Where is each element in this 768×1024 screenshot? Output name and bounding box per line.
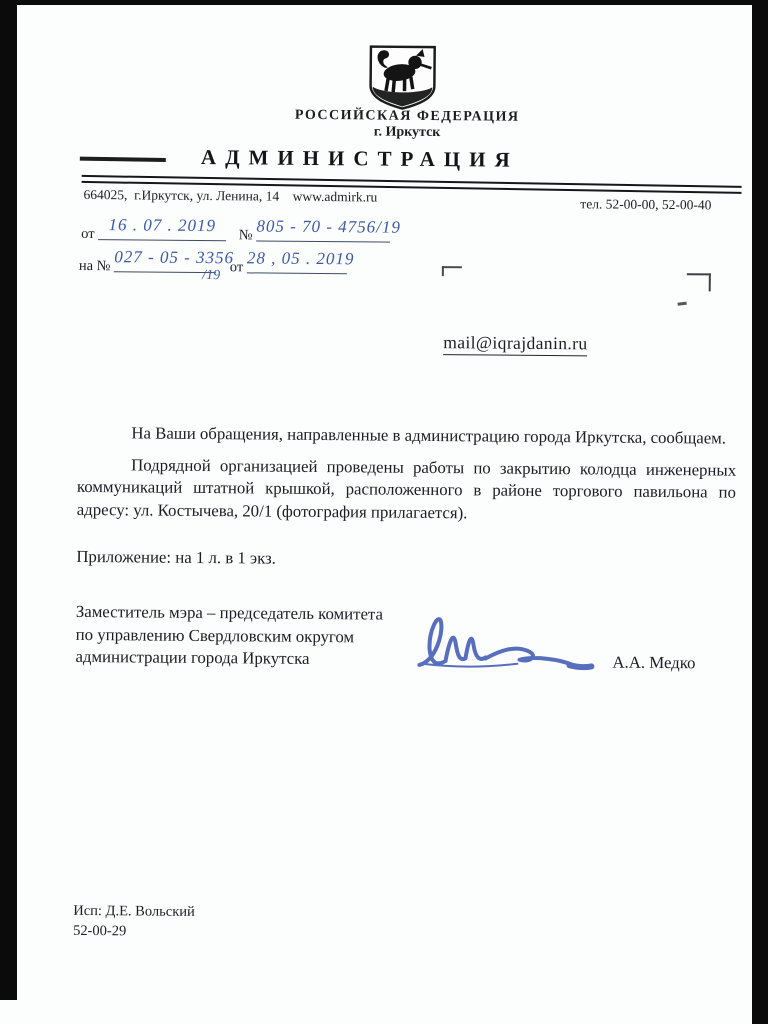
signer-name: А.А. Медко <box>612 653 695 674</box>
attachment-note: Приложение: на 1 л. в 1 экз. <box>76 547 276 569</box>
from-label: от <box>81 226 95 242</box>
executor-block: Исп: Д.Е. Вольский 52-00-29 <box>73 902 195 942</box>
scan-border-right <box>752 0 768 1024</box>
number-label: № <box>239 227 253 243</box>
crop-mark-right <box>687 273 711 291</box>
reply-from-label: от <box>230 259 244 275</box>
handwritten-reply-number: 027 - 05 - 3356 <box>114 247 234 267</box>
handwritten-outgoing-number: 805 - 70 - 4756/19 <box>256 216 401 236</box>
body-paragraph-1: На Ваши обращения, направленные в админи… <box>77 422 736 450</box>
reference-line-reply: на № 027 - 05 - 3356 /19 от 28 , 05 . 20… <box>79 248 347 274</box>
body-paragraph-2: Подрядной организацией проведены работы … <box>77 453 737 527</box>
reply-date-field: 28 , 05 . 2019 <box>247 249 347 274</box>
crop-mark-left <box>442 266 462 276</box>
crop-mark-dash <box>677 302 686 306</box>
outgoing-date-field: 16 . 07 . 2019 <box>98 216 226 241</box>
outgoing-number-field: 805 - 70 - 4756/19 <box>256 217 390 242</box>
handwritten-reply-date: 28 , 05 . 2019 <box>247 248 355 268</box>
scan-border-top <box>0 0 768 5</box>
executor-phone: 52-00-29 <box>73 921 195 942</box>
handwritten-outgoing-date: 16 . 07 . 2019 <box>108 215 216 235</box>
letterhead-org-title: АДМИНИСТРАЦИЯ <box>95 144 625 174</box>
letterhead-city: г. Иркутск <box>237 123 577 142</box>
reply-label: на № <box>79 258 111 274</box>
letter-body: На Ваши обращения, направленные в админи… <box>77 422 737 527</box>
letterhead-phone: тел. 52-00-00, 52-00-40 <box>479 195 711 213</box>
scanned-letter-page: РОССИЙСКАЯ ФЕДЕРАЦИЯ г. Иркутск АДМИНИСТ… <box>0 0 768 1024</box>
document-sheet: РОССИЙСКАЯ ФЕДЕРАЦИЯ г. Иркутск АДМИНИСТ… <box>0 0 768 1024</box>
reference-line-outgoing: от 16 . 07 . 2019 № 805 - 70 - 4756/19 <box>81 216 390 243</box>
reply-number-field: 027 - 05 - 3356 /19 <box>114 248 216 273</box>
scan-border-left <box>0 0 17 1000</box>
recipient-email: mail@iqrajdanin.ru <box>443 332 588 356</box>
letterhead-address: 664025, г.Иркутск, ул. Ленина, 14 www.ad… <box>83 187 377 206</box>
handwritten-reply-number-suffix: /19 <box>202 268 220 284</box>
coat-of-arms-icon <box>366 44 439 111</box>
rule-fragment <box>80 157 166 162</box>
handwritten-signature <box>413 609 604 683</box>
executor-name: Исп: Д.Е. Вольский <box>73 902 195 923</box>
